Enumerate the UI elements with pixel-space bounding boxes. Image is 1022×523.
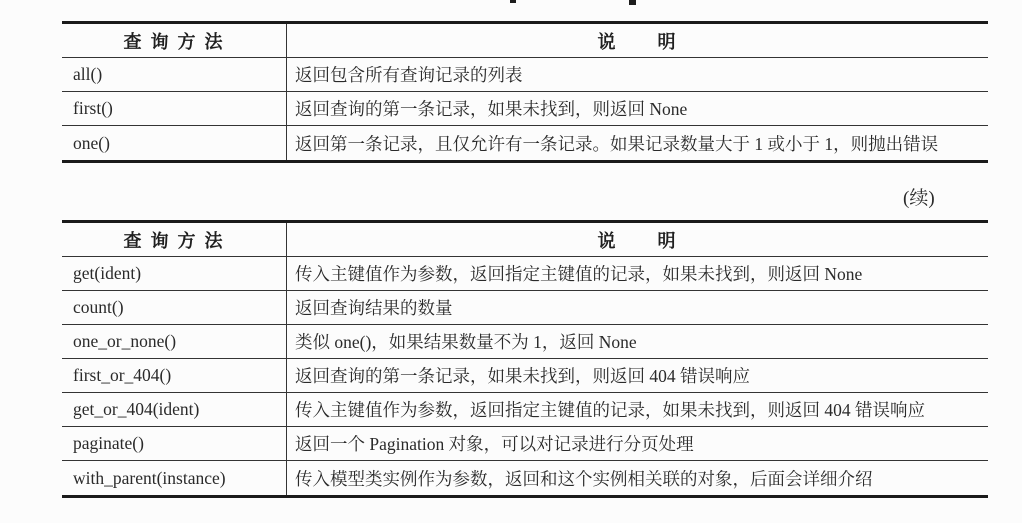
query-methods-table-1: 查 询 方 法 说 明 all() 返回包含所有查询记录的列表 first() … bbox=[62, 21, 988, 163]
table-row: one_or_none() 类似 one()，如果结果数量不为 1，返回 Non… bbox=[62, 325, 988, 359]
description-cell: 返回一个 Pagination 对象，可以对记录进行分页处理 bbox=[287, 427, 988, 461]
method-cell: one_or_none() bbox=[62, 325, 287, 359]
description-cell: 返回第一条记录，且仅允许有一条记录。如果记录数量大于 1 或小于 1，则抛出错误 bbox=[287, 126, 988, 160]
description-cell: 返回包含所有查询记录的列表 bbox=[287, 58, 988, 92]
method-cell: with_parent(instance) bbox=[62, 461, 287, 495]
method-cell: one() bbox=[62, 126, 287, 160]
table-row: first() 返回查询的第一条记录，如果未找到，则返回 None bbox=[62, 92, 988, 126]
query-methods-table-2: 查 询 方 法 说 明 get(ident) 传入主键值作为参数，返回指定主键值… bbox=[62, 220, 988, 498]
continued-label: (续) bbox=[903, 183, 935, 210]
header-description: 说 明 bbox=[287, 223, 988, 257]
cropped-text-fragment bbox=[510, 0, 516, 3]
header-description: 说 明 bbox=[287, 24, 988, 58]
table-row: get_or_404(ident) 传入主键值作为参数，返回指定主键值的记录，如… bbox=[62, 393, 988, 427]
description-cell: 传入模型类实例作为参数，返回和这个实例相关联的对象，后面会详细介绍 bbox=[287, 461, 988, 495]
description-cell: 返回查询的第一条记录，如果未找到，则返回 None bbox=[287, 92, 988, 126]
header-query-method: 查 询 方 法 bbox=[62, 223, 287, 257]
table-row: all() 返回包含所有查询记录的列表 bbox=[62, 58, 988, 92]
table-header-row: 查 询 方 法 说 明 bbox=[62, 223, 988, 257]
table-header-row: 查 询 方 法 说 明 bbox=[62, 24, 988, 58]
description-cell: 类似 one()，如果结果数量不为 1，返回 None bbox=[287, 325, 988, 359]
table-row: get(ident) 传入主键值作为参数，返回指定主键值的记录，如果未找到，则返… bbox=[62, 257, 988, 291]
description-cell: 返回查询的第一条记录，如果未找到，则返回 404 错误响应 bbox=[287, 359, 988, 393]
method-cell: count() bbox=[62, 291, 287, 325]
method-cell: all() bbox=[62, 58, 287, 92]
method-cell: get(ident) bbox=[62, 257, 287, 291]
description-cell: 传入主键值作为参数，返回指定主键值的记录，如果未找到，则返回 None bbox=[287, 257, 988, 291]
method-cell: first() bbox=[62, 92, 287, 126]
table-row: first_or_404() 返回查询的第一条记录，如果未找到，则返回 404 … bbox=[62, 359, 988, 393]
scanned-book-page: 查 询 方 法 说 明 all() 返回包含所有查询记录的列表 first() … bbox=[0, 0, 1022, 523]
method-cell: paginate() bbox=[62, 427, 287, 461]
table-row: with_parent(instance) 传入模型类实例作为参数，返回和这个实… bbox=[62, 461, 988, 495]
description-cell: 传入主键值作为参数，返回指定主键值的记录，如果未找到，则返回 404 错误响应 bbox=[287, 393, 988, 427]
table-row: count() 返回查询结果的数量 bbox=[62, 291, 988, 325]
description-cell: 返回查询结果的数量 bbox=[287, 291, 988, 325]
method-cell: first_or_404() bbox=[62, 359, 287, 393]
table-row: paginate() 返回一个 Pagination 对象，可以对记录进行分页处… bbox=[62, 427, 988, 461]
header-query-method: 查 询 方 法 bbox=[62, 24, 287, 58]
table-row: one() 返回第一条记录，且仅允许有一条记录。如果记录数量大于 1 或小于 1… bbox=[62, 126, 988, 160]
cropped-text-fragment bbox=[629, 0, 636, 5]
method-cell: get_or_404(ident) bbox=[62, 393, 287, 427]
